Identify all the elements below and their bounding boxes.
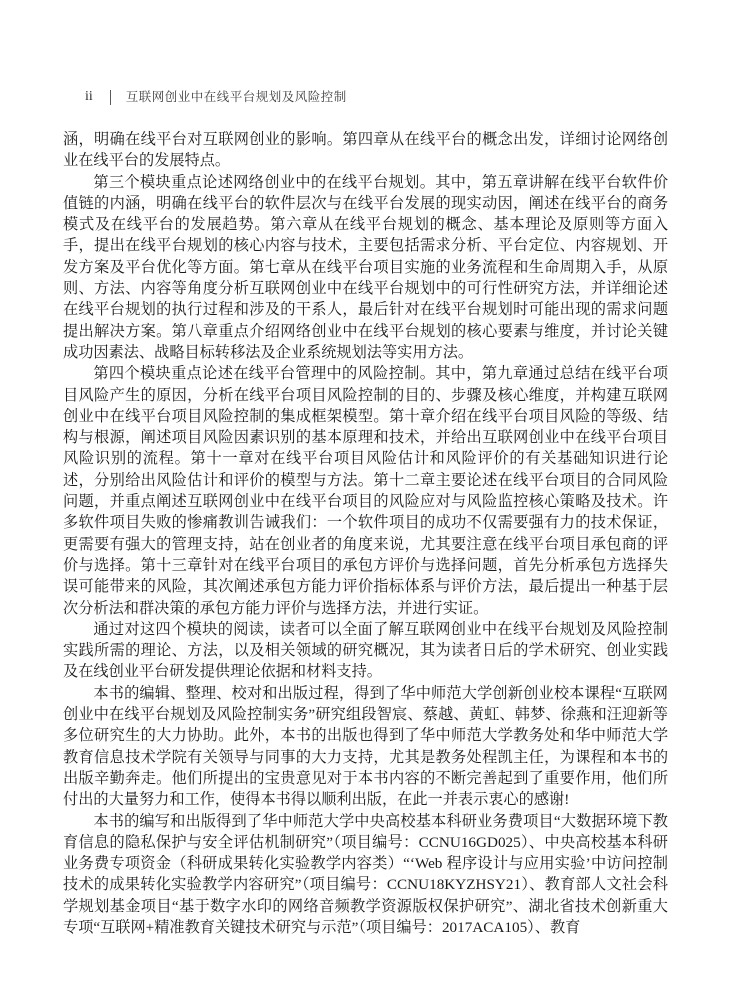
page-body: 涵，明确在线平台对互联网创业的影响。第四章从在线平台的概念出发，详细讨论网络创业… (63, 129, 668, 938)
paragraph-reading-summary: 通过对这四个模块的阅读，读者可以全面了解互联网创业中在线平台规划及风险控制实践所… (63, 619, 668, 683)
paragraph-module-four: 第四个模块重点论述在线平台管理中的风险控制。其中，第九章通过总结在线平台项目风险… (63, 363, 668, 619)
book-page: ii 互联网创业中在线平台规划及风险控制 涵，明确在线平台对互联网创业的影响。第… (0, 0, 729, 1005)
paragraph-module-three: 第三个模块重点论述网络创业中的在线平台规划。其中，第五章讲解在线平台软件价值链的… (63, 172, 668, 364)
header-divider (110, 90, 111, 105)
running-header: ii 互联网创业中在线平台规划及风险控制 (85, 88, 347, 106)
paragraph-continuation: 涵，明确在线平台对互联网创业的影响。第四章从在线平台的概念出发，详细讨论网络创业… (63, 129, 668, 172)
paragraph-funding-projects: 本书的编写和出版得到了华中师范大学中央高校基本科研业务费项目“大数据环境下教育信… (63, 811, 668, 939)
running-head-title: 互联网创业中在线平台规划及风险控制 (126, 88, 347, 106)
paragraph-acknowledgements: 本书的编辑、整理、校对和出版过程，得到了华中师范大学创新创业校本课程“互联网创业… (63, 683, 668, 811)
page-number: ii (85, 88, 93, 106)
